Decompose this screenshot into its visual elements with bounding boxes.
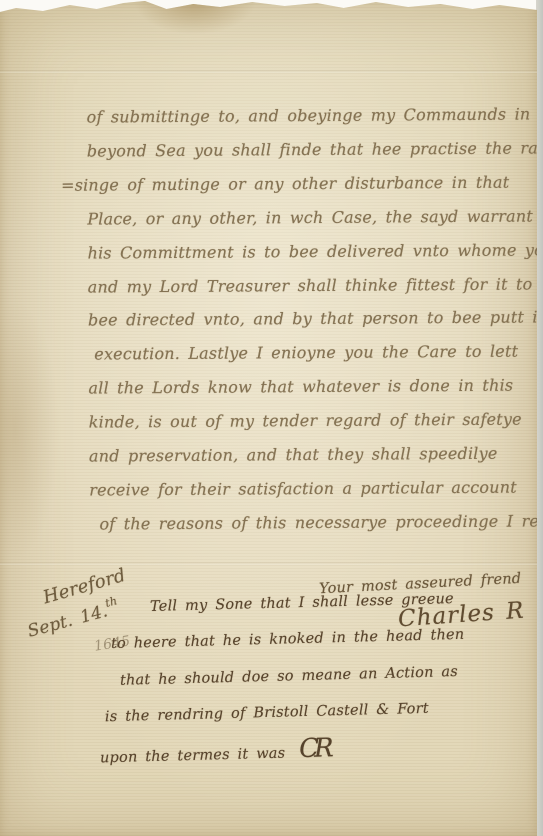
paper-stain-top	[135, 0, 255, 34]
paper-crease	[0, 562, 537, 565]
manuscript-line: kinde, is out of my tender regard of the…	[89, 403, 534, 440]
manuscript-line: and preservation, and that they shall sp…	[89, 437, 534, 474]
postscript: Tell my Sone that I shall lesse greeue t…	[94, 582, 439, 777]
manuscript-line: execution. Lastlye I enioyne you the Car…	[94, 335, 533, 372]
postscript-line-text: upon the termes it was	[100, 745, 286, 766]
letter-body: of submittinge to, and obeyinge my Comma…	[86, 97, 534, 541]
manuscript-line: of submittinge to, and obeyinge my Comma…	[86, 97, 531, 134]
paper-stain-left	[0, 300, 60, 560]
manuscript-line: receive for their satisfaction a particu…	[89, 470, 534, 507]
manuscript-line: of the reasons of this necessarye procee…	[99, 504, 534, 541]
scanner-edge-strip	[536, 0, 543, 836]
manuscript-line: all the Lords know that whatever is done…	[88, 369, 533, 406]
manuscript-line: beyond Sea you shall finde that hee prac…	[87, 131, 532, 168]
paper-crease	[0, 70, 537, 73]
manuscript-line: =singe of mutinge or any other disturban…	[61, 165, 532, 202]
manuscript-line: Place, or any other, in wch Case, the sa…	[87, 199, 532, 236]
cr-monogram: CR	[285, 733, 329, 764]
paper-sheet: of submittinge to, and obeyinge my Comma…	[0, 0, 537, 836]
manuscript-line: and my Lord Treasurer shall thinke fitte…	[88, 267, 533, 304]
scanned-letter-page: of submittinge to, and obeyinge my Comma…	[0, 0, 543, 836]
manuscript-line: his Committment is to bee delivered vnto…	[87, 233, 532, 270]
postscript-line: upon the termes it wasCR	[99, 727, 438, 776]
manuscript-line: bee directed vnto, and by that person to…	[88, 301, 533, 338]
